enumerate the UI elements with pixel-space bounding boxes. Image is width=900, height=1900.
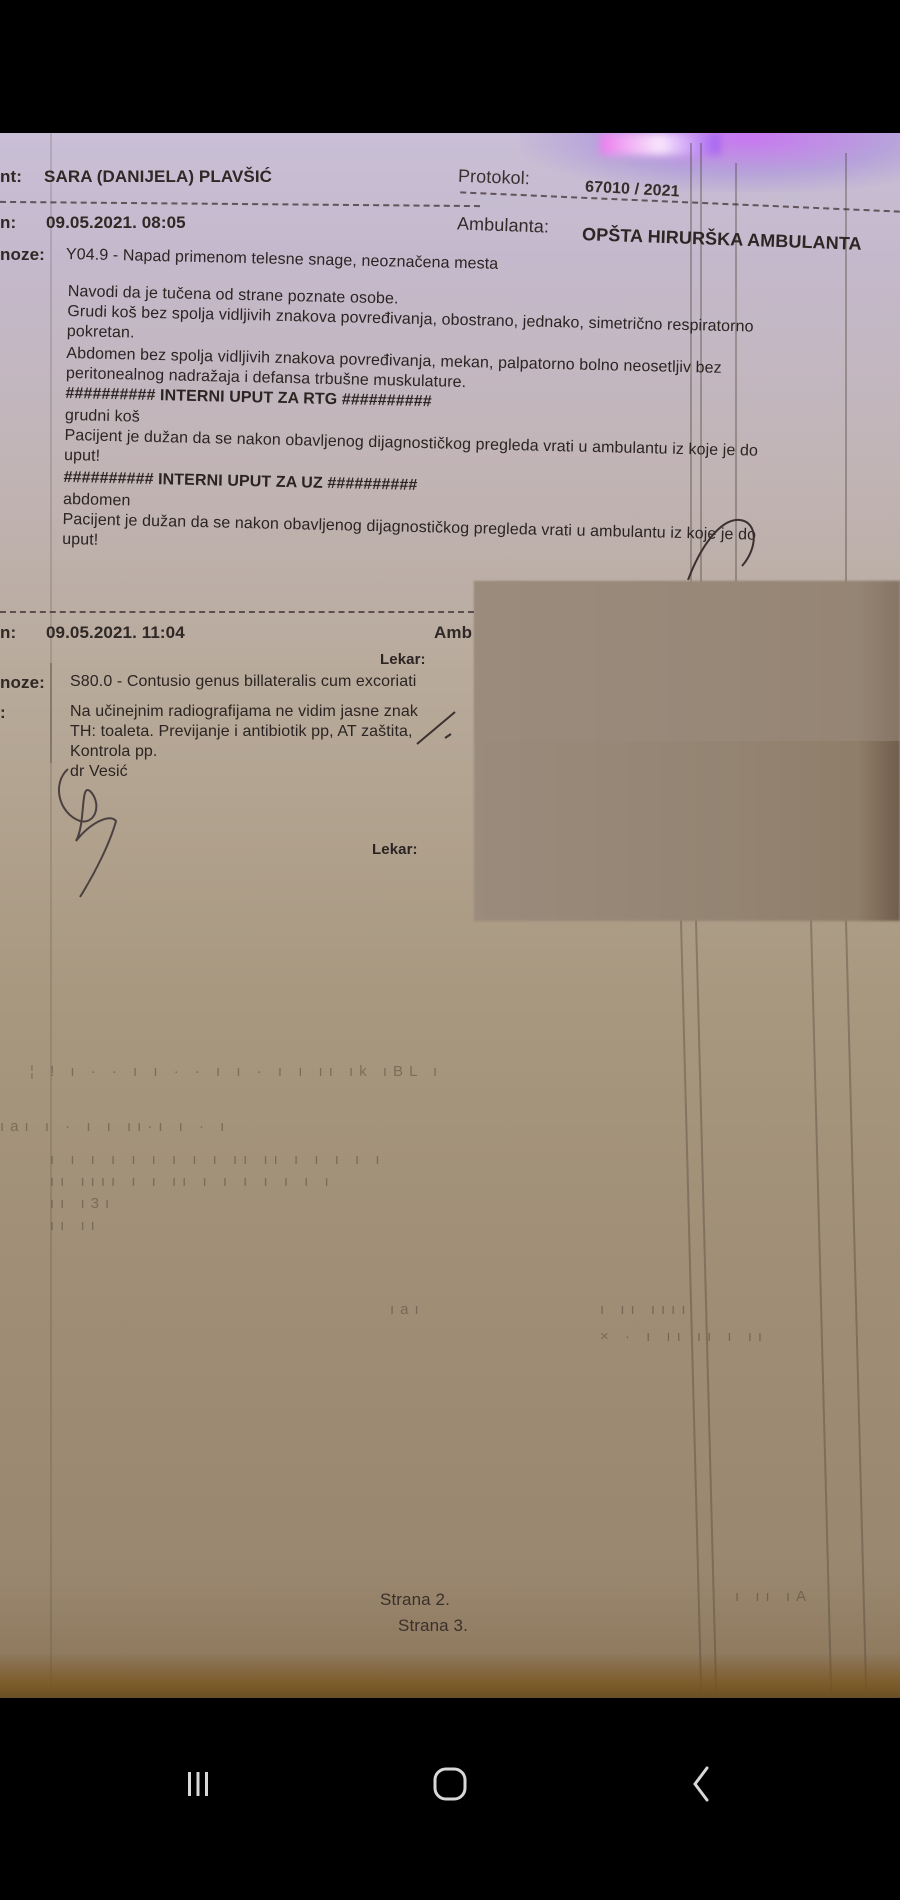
pen-strike-icon	[415, 708, 465, 748]
redacted-region-overlay	[474, 581, 900, 741]
bleed-through-text: ı ı ı ı ı ı ı ı ı ıı ıı ı ı ı ı ı	[50, 1151, 386, 1168]
rtg-referral-region: grudni koš	[65, 407, 140, 427]
bleed-through-text: ıaı	[390, 1301, 425, 1318]
page-number-2: Strana 2.	[380, 1590, 450, 1610]
ambulance-name: OPŠTA HIRURŠKA AMBULANTA	[582, 224, 862, 255]
visit2-datetime: 09.05.2021. 11:04	[46, 623, 185, 643]
home-icon	[430, 1764, 470, 1804]
document-photo: nt: SARA (DANIJELA) PLAVŠIĆ Protokol: 67…	[0, 133, 900, 1698]
bleed-through-text: ıı ı3ı	[50, 1195, 115, 1212]
visit2-date-label: n:	[0, 623, 16, 643]
uz-referral-header: ########## INTERNI UPUT ZA UZ ##########	[63, 469, 417, 495]
visit1-datetime: 09.05.2021. 08:05	[46, 213, 186, 233]
back-button[interactable]	[672, 1754, 732, 1814]
patient-label: nt:	[0, 167, 22, 187]
note-line: pokretan.	[67, 323, 135, 343]
paper-bottom-edge	[0, 1653, 900, 1698]
note-line: Grudi koš bez spolja vidljivih znakova p…	[67, 303, 754, 337]
visit2-diagnosis-label: noze:	[0, 673, 45, 693]
bleed-through-text: ıı ıı	[50, 1217, 101, 1234]
visit1-diagnosis-label: noze:	[0, 245, 45, 265]
bleed-through-text: ıı ıııı ı ı ıı ı ı ı ı ı ı ı	[50, 1173, 335, 1190]
recents-icon	[180, 1766, 216, 1802]
bleed-through-text: ı ıı ıA	[735, 1588, 812, 1605]
visit2-doctor-label: Lekar:	[380, 651, 426, 668]
visit2-note-line: Na učinejnim radiografijama ne vidim jas…	[70, 703, 474, 721]
visit1-diagnosis: Y04.9 - Napad primenom telesne snage, ne…	[66, 246, 499, 274]
home-button[interactable]	[420, 1754, 480, 1814]
rtg-referral-instruction: Pacijent je dužan da se nakon obavljenog…	[64, 427, 758, 461]
bleed-through-text: ¦ ! ı · · ı ı · · ı ı · ı ı ıı ık ıBL ı	[30, 1063, 443, 1080]
uz-referral-region: abdomen	[63, 491, 131, 511]
pen-mark-icon	[680, 508, 760, 588]
uz-referral-instruction: Pacijent je dužan da se nakon obavljenog…	[62, 511, 756, 545]
bleed-through-text: ıaı ı · ı ı ıı·ı ı · ı	[0, 1118, 230, 1135]
uz-referral-instruction-end: uput!	[62, 531, 98, 550]
visit2-notes-label: :	[0, 703, 6, 723]
patient-name: SARA (DANIJELA) PLAVŠIĆ	[44, 167, 272, 187]
light-glare-core	[600, 133, 720, 155]
signature-label: Lekar:	[372, 841, 418, 858]
ambulance-label: Ambulanta:	[457, 213, 550, 237]
visit2-note-line: TH: toaleta. Previjanje i antibiotik pp,…	[70, 723, 474, 741]
signature-icon	[50, 763, 140, 903]
protocol-label: Protokol:	[458, 166, 531, 189]
bleed-through-text: × · ı ıı ıı ı ıı	[600, 1328, 768, 1345]
visit2-ambulance-label: Amb	[434, 623, 472, 643]
visit2-diagnosis: S80.0 - Contusio genus billateralis cum …	[70, 673, 474, 691]
visit2-note-line: Kontrola pp.	[70, 743, 157, 761]
recents-button[interactable]	[168, 1754, 228, 1814]
rtg-referral-instruction-end: uput!	[64, 447, 100, 466]
bleed-through-text: ı ıı ıııı	[600, 1301, 692, 1318]
back-icon	[687, 1764, 717, 1804]
visit1-date-label: n:	[0, 213, 16, 233]
navigation-bar	[0, 1698, 900, 1900]
page-number-3: Strana 3.	[398, 1616, 468, 1636]
